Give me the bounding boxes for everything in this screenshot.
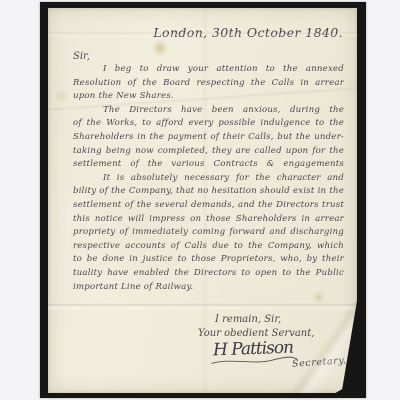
letter-line: settlement of the various Contracts & en… (73, 158, 344, 172)
letter-line: I beg to draw your attention to the anne… (73, 63, 344, 77)
letter-line: to be done in justice to those Proprieto… (73, 253, 344, 267)
letter-line: taking being now completed, they are cal… (73, 145, 344, 159)
signature-role: Secretary. (292, 355, 347, 370)
letter-line: upon the New Shares. (73, 90, 344, 104)
letter-line: settlement of the several demands, and t… (73, 199, 344, 213)
letter-line: The Directors have been anxious, during … (73, 104, 344, 118)
letter-paper: London, 30th October 1840. Sir, I beg to… (48, 8, 357, 393)
letter-photo-frame: London, 30th October 1840. Sir, I beg to… (40, 2, 366, 398)
letter-line: Resolution of the Board respecting the C… (73, 77, 344, 91)
letter-line: tuality have enabled the Directors to op… (73, 267, 344, 281)
letter-line: of the Works, to afford every possible i… (73, 117, 344, 131)
salutation: Sir, (48, 51, 357, 62)
letter-line: Shareholders in the payment of their Cal… (73, 131, 344, 145)
letter-line: It is absolutely necessary for the chara… (73, 172, 344, 186)
letter-line: important Line of Railway. (73, 281, 344, 295)
letter-line: propriety of immediately coming forward … (73, 226, 344, 240)
letter-body: I beg to draw your attention to the anne… (48, 63, 357, 294)
letter-line: this notice will impress on those Shareh… (73, 213, 344, 227)
letter-line: respective accounts of Calls due to the … (73, 240, 344, 254)
letter-line: bility of the Company, that no hesitatio… (73, 185, 344, 199)
signature-flourish-icon (209, 354, 299, 367)
signature: H Pattison (213, 338, 294, 361)
closing-line-1: I remain, Sir, (215, 314, 281, 325)
closing-line-2: Your obedient Servant, (198, 328, 314, 339)
dateline: London, 30th October 1840. (48, 8, 357, 40)
